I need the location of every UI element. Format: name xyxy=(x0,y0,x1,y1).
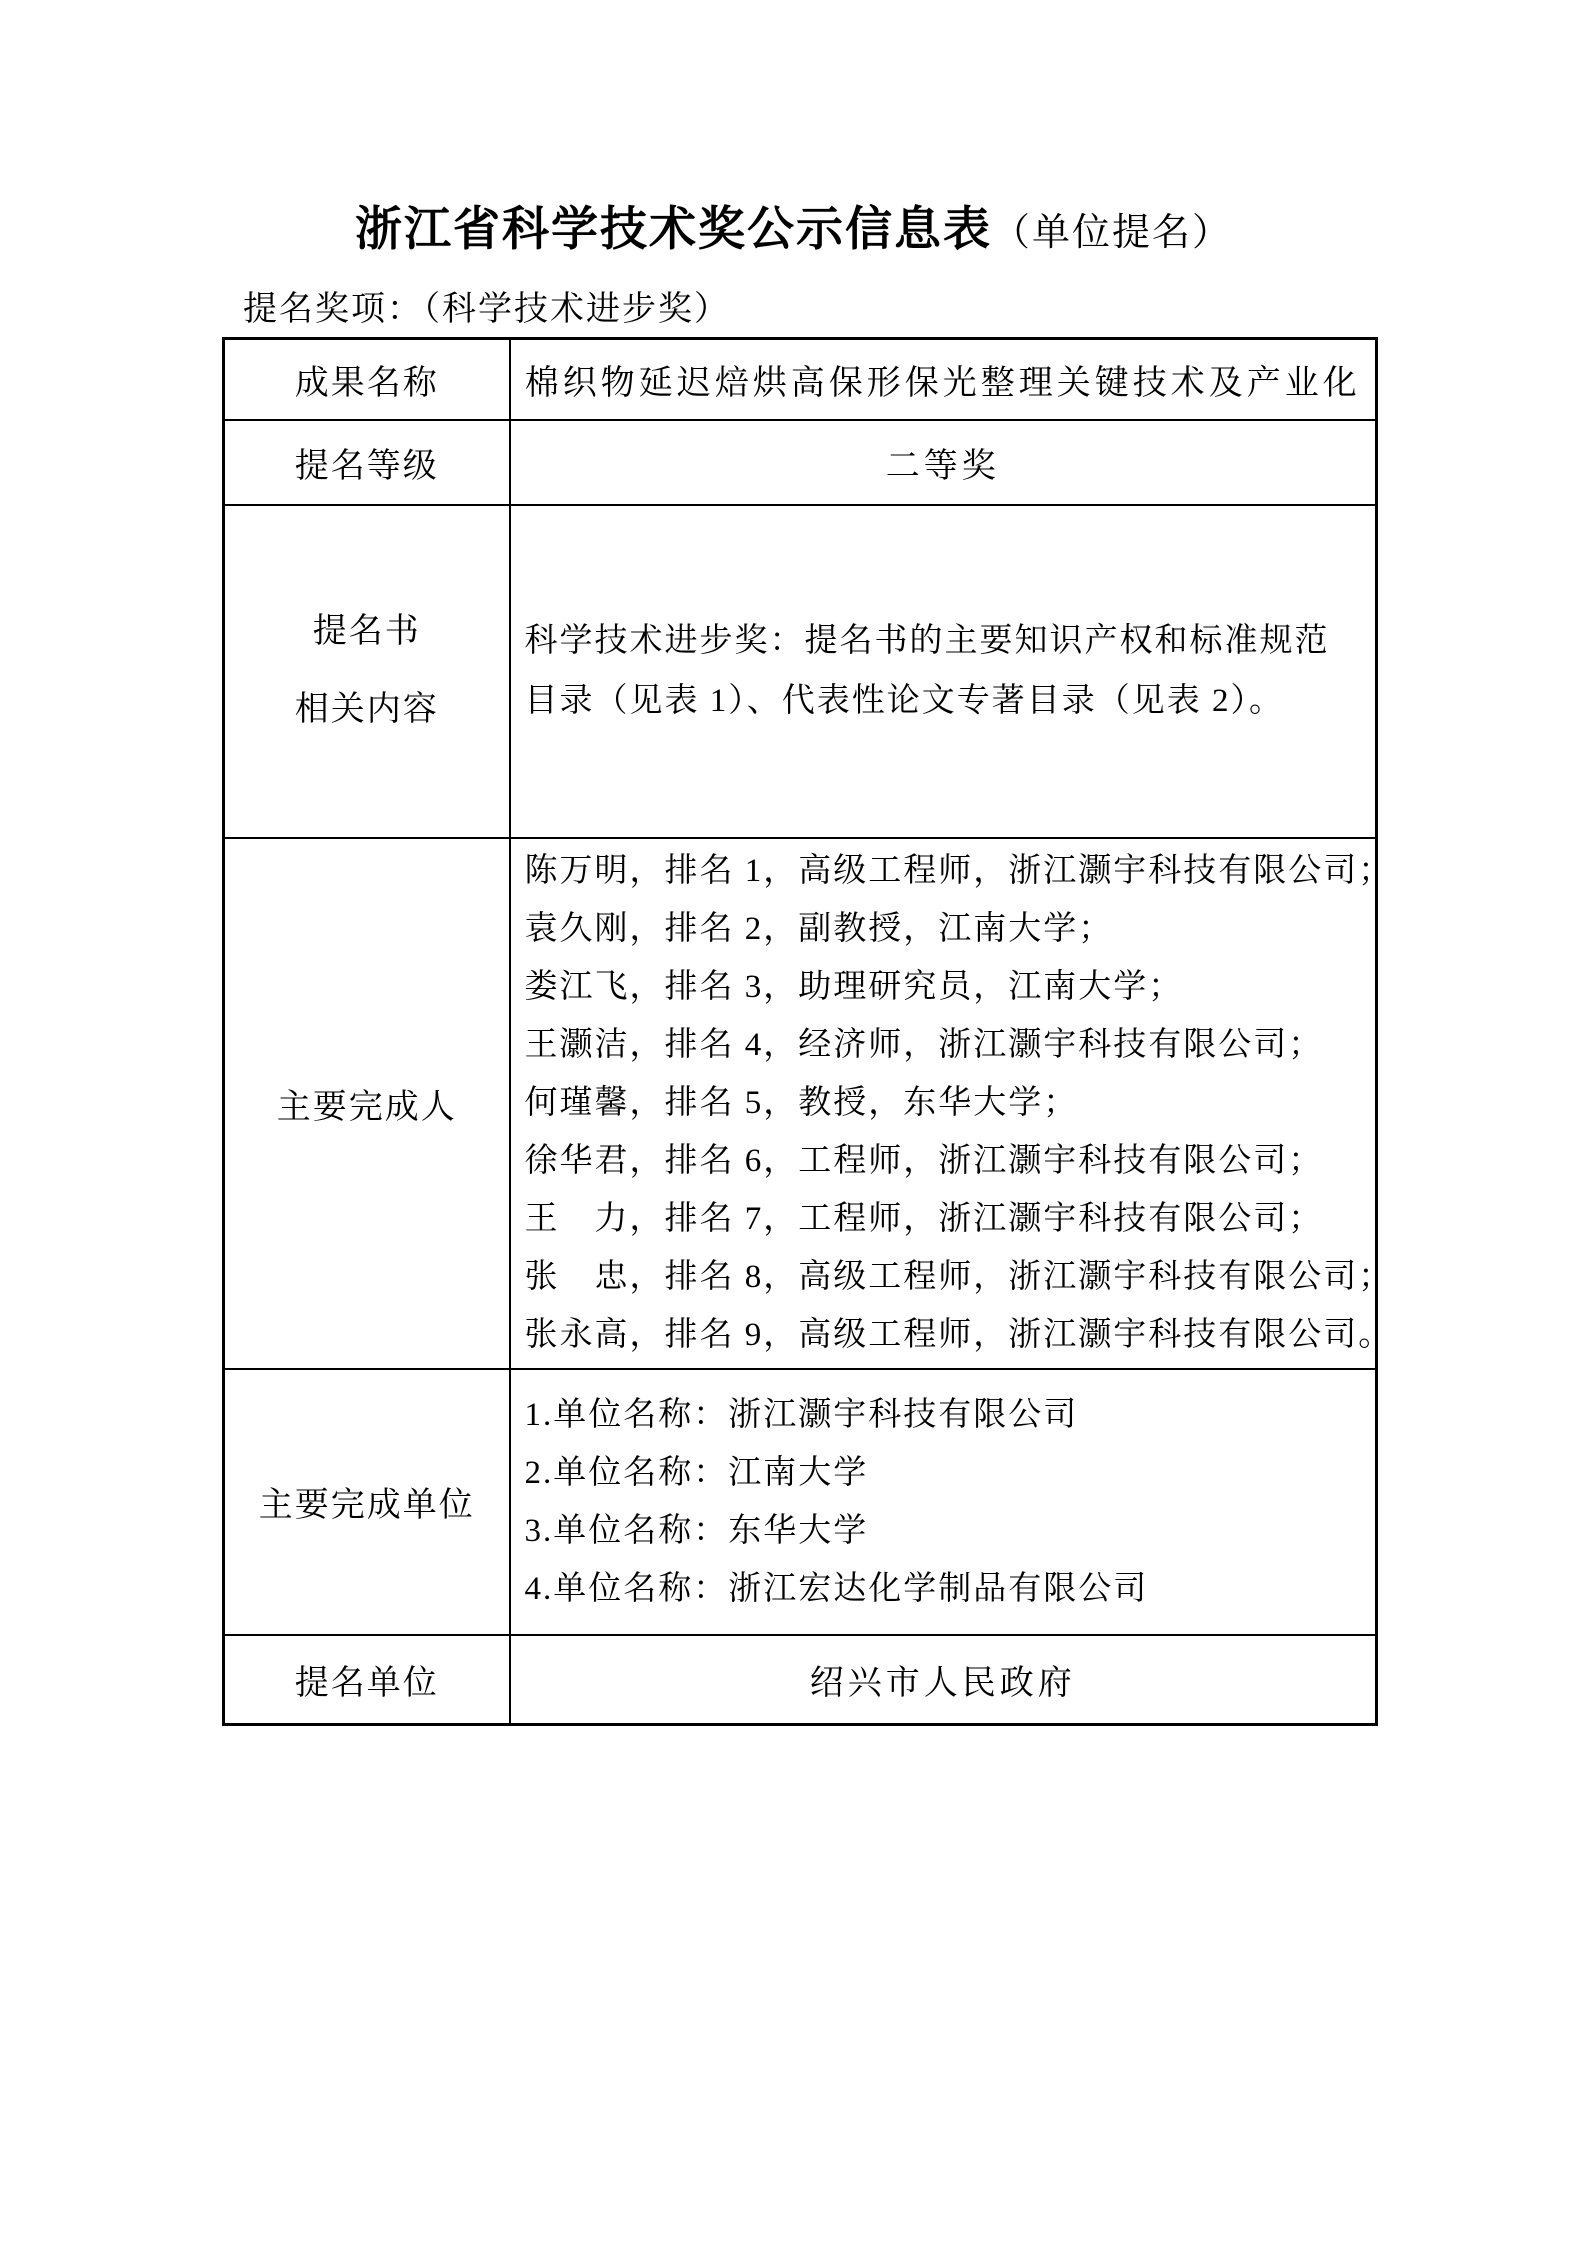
nomination-doc-row: 提名书 相关内容 科学技术进步奖：提名书的主要知识产权和标准规范目录（见表 1）… xyxy=(224,505,1377,838)
completer-line: 袁久刚，排名 2，副教授，江南大学； xyxy=(525,900,1356,958)
completer-line: 王 力，排名 7，工程师，浙江灏宇科技有限公司； xyxy=(525,1190,1356,1248)
nomination-doc-label-line2: 相关内容 xyxy=(225,671,509,749)
nomination-doc-label: 提名书 相关内容 xyxy=(224,505,510,838)
nomination-doc-paragraph: 科学技术进步奖：提名书的主要知识产权和标准规范目录（见表 1）、代表性论文专著目… xyxy=(525,611,1356,731)
nominating-unit-label: 提名单位 xyxy=(224,1635,510,1725)
achievement-name-row: 成果名称 棉织物延迟焙烘高保形保光整理关键技术及产业化 xyxy=(224,339,1377,420)
completer-line: 王灏洁，排名 4，经济师，浙江灏宇科技有限公司； xyxy=(525,1016,1356,1074)
completer-line: 张 忠，排名 8，高级工程师，浙江灏宇科技有限公司； xyxy=(525,1248,1356,1306)
main-units-value: 1.单位名称：浙江灏宇科技有限公司 2.单位名称：江南大学 3.单位名称：东华大… xyxy=(510,1369,1377,1635)
nomination-grade-value: 二等奖 xyxy=(510,420,1377,505)
unit-line: 1.单位名称：浙江灏宇科技有限公司 xyxy=(525,1386,1356,1444)
completer-line: 娄江飞，排名 3，助理研究员，江南大学； xyxy=(525,958,1356,1016)
main-units-row: 主要完成单位 1.单位名称：浙江灏宇科技有限公司 2.单位名称：江南大学 3.单… xyxy=(224,1369,1377,1635)
unit-line: 4.单位名称：浙江宏达化学制品有限公司 xyxy=(525,1560,1356,1618)
main-completers-label: 主要完成人 xyxy=(224,838,510,1369)
main-completers-row: 主要完成人 陈万明，排名 1，高级工程师，浙江灏宇科技有限公司； 袁久刚，排名 … xyxy=(224,838,1377,1369)
achievement-name-label: 成果名称 xyxy=(224,339,510,420)
nomination-doc-value: 科学技术进步奖：提名书的主要知识产权和标准规范目录（见表 1）、代表性论文专著目… xyxy=(510,505,1377,838)
unit-line: 2.单位名称：江南大学 xyxy=(525,1444,1356,1502)
achievement-name-value: 棉织物延迟焙烘高保形保光整理关键技术及产业化 xyxy=(510,339,1377,420)
main-completers-value: 陈万明，排名 1，高级工程师，浙江灏宇科技有限公司； 袁久刚，排名 2，副教授，… xyxy=(510,838,1377,1369)
nomination-grade-label: 提名等级 xyxy=(224,420,510,505)
completer-line: 陈万明，排名 1，高级工程师，浙江灏宇科技有限公司； xyxy=(525,842,1356,900)
nominating-unit-row: 提名单位 绍兴市人民政府 xyxy=(224,1635,1377,1725)
unit-line: 3.单位名称：东华大学 xyxy=(525,1502,1356,1560)
page-title-main: 浙江省科学技术奖公示信息表 xyxy=(355,202,992,255)
completer-line: 张永高，排名 9，高级工程师，浙江灏宇科技有限公司。 xyxy=(525,1306,1356,1364)
page-title: 浙江省科学技术奖公示信息表（单位提名） xyxy=(0,200,1587,270)
nomination-doc-label-line1: 提名书 xyxy=(225,593,509,671)
document-page: { "colors": { "text": "#000000", "backgr… xyxy=(0,0,1587,2245)
completer-line: 何瑾馨，排名 5，教授，东华大学； xyxy=(525,1074,1356,1132)
main-units-label: 主要完成单位 xyxy=(224,1369,510,1635)
award-info-table: 成果名称 棉织物延迟焙烘高保形保光整理关键技术及产业化 提名等级 二等奖 提名书… xyxy=(222,337,1378,1726)
nomination-grade-row: 提名等级 二等奖 xyxy=(224,420,1377,505)
page-title-suffix: （单位提名） xyxy=(992,212,1232,254)
award-category-line: 提名奖项：（科学技术进步奖） xyxy=(243,289,730,331)
nominating-unit-value: 绍兴市人民政府 xyxy=(510,1635,1377,1725)
completer-line: 徐华君，排名 6，工程师，浙江灏宇科技有限公司； xyxy=(525,1132,1356,1190)
